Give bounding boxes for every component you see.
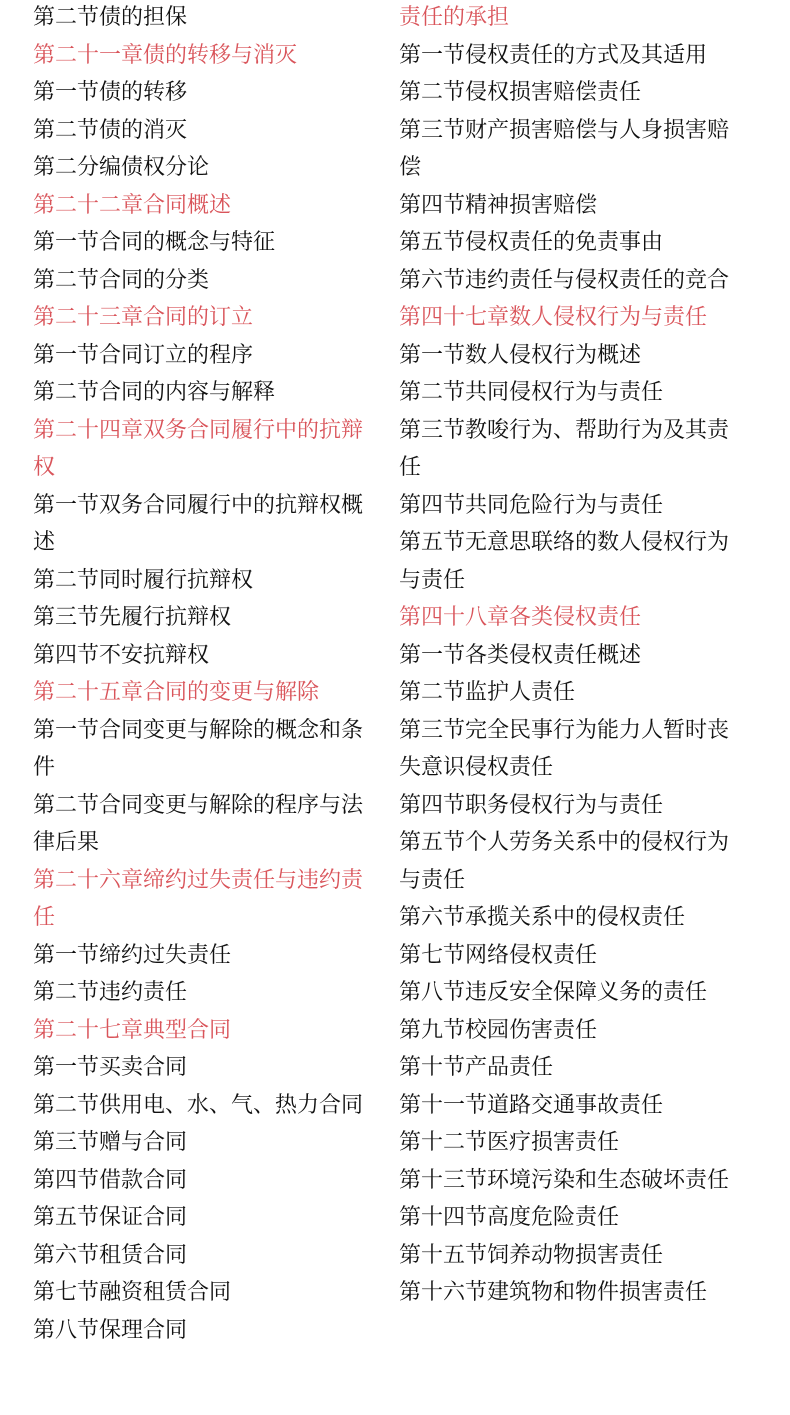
toc-section-item: 律后果 bbox=[33, 824, 395, 862]
toc-chapter-heading: 第二十三章合同的订立 bbox=[33, 299, 395, 337]
toc-section-item: 第十节产品责任 bbox=[399, 1049, 761, 1087]
toc-section-item: 第十五节饲养动物损害责任 bbox=[399, 1237, 761, 1275]
toc-section-item: 第八节违反安全保障义务的责任 bbox=[399, 974, 761, 1012]
toc-section-item: 第十三节环境污染和生态破坏责任 bbox=[399, 1162, 761, 1200]
toc-section-item: 第四节不安抗辩权 bbox=[33, 637, 395, 675]
toc-section-item: 第二节监护人责任 bbox=[399, 674, 761, 712]
toc-section-item: 与责任 bbox=[399, 862, 761, 900]
toc-section-item: 第一节合同的概念与特征 bbox=[33, 224, 395, 262]
toc-section-item: 第七节融资租赁合同 bbox=[33, 1274, 395, 1312]
toc-section-item: 第四节借款合同 bbox=[33, 1162, 395, 1200]
toc-section-item: 第十四节高度危险责任 bbox=[399, 1199, 761, 1237]
toc-section-item: 第二节侵权损害赔偿责任 bbox=[399, 74, 761, 112]
toc-section-item: 第一节买卖合同 bbox=[33, 1049, 395, 1087]
toc-section-item: 第二节违约责任 bbox=[33, 974, 395, 1012]
toc-section-item: 第二节供用电、水、气、热力合同 bbox=[33, 1087, 395, 1125]
toc-section-item: 第十六节建筑物和物件损害责任 bbox=[399, 1274, 761, 1312]
toc-section-item: 第一节数人侵权行为概述 bbox=[399, 337, 761, 375]
toc-section-item: 第一节缔约过失责任 bbox=[33, 937, 395, 975]
toc-chapter-heading: 第二十二章合同概述 bbox=[33, 187, 395, 225]
toc-section-item: 第十一节道路交通事故责任 bbox=[399, 1087, 761, 1125]
toc-chapter-heading: 权 bbox=[33, 449, 395, 487]
toc-chapter-heading: 第四十八章各类侵权责任 bbox=[399, 599, 761, 637]
toc-section-item: 第四节共同危险行为与责任 bbox=[399, 487, 761, 525]
toc-section-item: 第四节精神损害赔偿 bbox=[399, 187, 761, 225]
toc-section-item: 第七节网络侵权责任 bbox=[399, 937, 761, 975]
toc-section-item: 第六节承揽关系中的侵权责任 bbox=[399, 899, 761, 937]
toc-section-item: 与责任 bbox=[399, 562, 761, 600]
toc-section-item: 第八节保理合同 bbox=[33, 1312, 395, 1350]
toc-chapter-heading: 责任的承担 bbox=[399, 0, 761, 37]
toc-section-item: 第一节双务合同履行中的抗辩权概 bbox=[33, 487, 395, 525]
toc-section-item: 第二节合同的内容与解释 bbox=[33, 374, 395, 412]
toc-chapter-heading: 第二十六章缔约过失责任与违约责 bbox=[33, 862, 395, 900]
toc-section-item: 偿 bbox=[399, 149, 761, 187]
toc-chapter-heading: 任 bbox=[33, 899, 395, 937]
toc-section-item: 第四节职务侵权行为与责任 bbox=[399, 787, 761, 825]
toc-section-item: 第二节共同侵权行为与责任 bbox=[399, 374, 761, 412]
toc-section-item: 第五节侵权责任的免责事由 bbox=[399, 224, 761, 262]
toc-chapter-heading: 第二十七章典型合同 bbox=[33, 1012, 395, 1050]
toc-section-item: 第二节债的担保 bbox=[33, 0, 395, 37]
toc-section-item: 第二节同时履行抗辩权 bbox=[33, 562, 395, 600]
toc-chapter-heading: 第二十一章债的转移与消灭 bbox=[33, 37, 395, 75]
toc-section-item: 第五节无意思联络的数人侵权行为 bbox=[399, 524, 761, 562]
toc-section-item: 第一节各类侵权责任概述 bbox=[399, 637, 761, 675]
toc-section-item: 第五节保证合同 bbox=[33, 1199, 395, 1237]
toc-section-item: 第三节完全民事行为能力人暂时丧 bbox=[399, 712, 761, 750]
toc-section-item: 述 bbox=[33, 524, 395, 562]
toc-section-item: 第六节租赁合同 bbox=[33, 1237, 395, 1275]
toc-section-item: 任 bbox=[399, 449, 761, 487]
toc-section-item: 第一节合同变更与解除的概念和条 bbox=[33, 712, 395, 750]
toc-left-column: 第二节债的担保第二十一章债的转移与消灭第一节债的转移第二节债的消灭第二分编债权分… bbox=[33, 0, 395, 1349]
toc-chapter-heading: 第二十四章双务合同履行中的抗辩 bbox=[33, 412, 395, 450]
toc-section-item: 第二节合同的分类 bbox=[33, 262, 395, 300]
toc-section-item: 第一节合同订立的程序 bbox=[33, 337, 395, 375]
toc-right-column: 责任的承担第一节侵权责任的方式及其适用第二节侵权损害赔偿责任第三节财产损害赔偿与… bbox=[399, 0, 761, 1312]
toc-section-item: 第六节违约责任与侵权责任的竞合 bbox=[399, 262, 761, 300]
toc-section-item: 第三节财产损害赔偿与人身损害赔 bbox=[399, 112, 761, 150]
toc-section-item: 第三节先履行抗辩权 bbox=[33, 599, 395, 637]
toc-chapter-heading: 第四十七章数人侵权行为与责任 bbox=[399, 299, 761, 337]
toc-section-item: 件 bbox=[33, 749, 395, 787]
toc-section-item: 第三节赠与合同 bbox=[33, 1124, 395, 1162]
toc-section-item: 第三节教唆行为、帮助行为及其责 bbox=[399, 412, 761, 450]
toc-section-item: 第一节债的转移 bbox=[33, 74, 395, 112]
toc-section-item: 第十二节医疗损害责任 bbox=[399, 1124, 761, 1162]
toc-section-item: 第一节侵权责任的方式及其适用 bbox=[399, 37, 761, 75]
toc-section-item: 第五节个人劳务关系中的侵权行为 bbox=[399, 824, 761, 862]
toc-section-item: 第九节校园伤害责任 bbox=[399, 1012, 761, 1050]
toc-section-item: 第二节合同变更与解除的程序与法 bbox=[33, 787, 395, 825]
toc-section-item: 失意识侵权责任 bbox=[399, 749, 761, 787]
toc-section-item: 第二节债的消灭 bbox=[33, 112, 395, 150]
toc-chapter-heading: 第二十五章合同的变更与解除 bbox=[33, 674, 395, 712]
toc-section-item: 第二分编债权分论 bbox=[33, 149, 395, 187]
